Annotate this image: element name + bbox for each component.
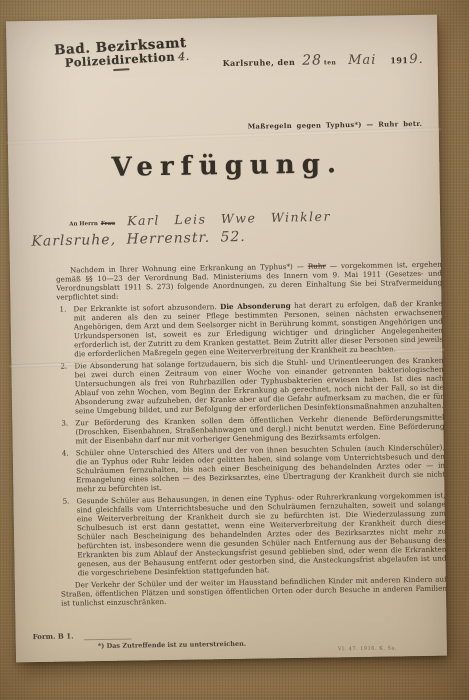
addressee-line: An Herrn Frau Karl Leis Wwe Winkler — [69, 209, 331, 228]
addressee-address-handwritten: Karlsruhe, Herrenstr. 52. — [31, 229, 246, 250]
fold-crease-upper — [6, 127, 441, 145]
dateline: Karlsruhe, den 28 ten Mai 191 9. — [223, 51, 424, 70]
list-item-5-text: Gesunde Schüler aus Behausungen, in dene… — [76, 491, 446, 578]
footnote-text: *) Das Zutreffende ist zu unterstreichen… — [98, 640, 246, 650]
dateline-day-handwritten: 28 — [302, 52, 322, 68]
dateline-year-printed: 191 — [390, 55, 408, 65]
list-item-4: 4. Schüler ohne Unterschied des Alters u… — [59, 443, 446, 494]
addressee-printed-to: An Herrn — [69, 221, 98, 227]
dateline-year-handwritten: 9. — [409, 52, 424, 67]
intro-struck-word: Ruhr — [308, 261, 326, 270]
stamp-handwritten-mark: 4. — [178, 50, 190, 64]
closing-paragraph: Der Verkehr der Schüler und der weiter i… — [61, 575, 447, 608]
subject-line: Maßregeln gegen Typhus*) — Ruhr betr. — [248, 120, 423, 131]
list-item-3-text: Zur Beförderung des Kranken sollen dem ö… — [75, 413, 444, 446]
list-item-1: 1. Der Erkrankte ist sofort abzusondern.… — [56, 299, 443, 359]
list-item-3: 3. Zur Beförderung des Kranken sollen de… — [58, 413, 444, 446]
list-item-1-number: 1. — [59, 305, 66, 314]
list-item-5: 5. Gesunde Schüler aus Behausungen, in d… — [59, 491, 446, 578]
sender-stamp: Bad. Bezirksamt Polizeidirektion4. — [54, 36, 190, 74]
form-number: Form. B 1. — [33, 631, 74, 641]
list-item-4-number: 4. — [62, 448, 69, 457]
list-item-3-number: 3. — [61, 418, 68, 427]
stamp-underline-dash — [113, 68, 129, 71]
photograph-of-document: Bad. Bezirksamt Polizeidirektion4. Karls… — [0, 0, 469, 700]
list-item-5-number: 5. — [62, 496, 69, 505]
dateline-place: Karlsruhe, den — [223, 57, 296, 68]
list-item-2-number: 2. — [60, 362, 67, 371]
dateline-month-handwritten: Mai — [348, 53, 376, 68]
document-title: Verfügung. — [8, 148, 439, 185]
addressee-name-handwritten: Karl Leis Wwe Winkler — [127, 209, 331, 229]
body-text: Nachdem in Ihrer Wohnung eine Erkrankung… — [56, 260, 447, 608]
footnote-separator-rule — [84, 639, 132, 641]
list-item-2: 2. Die Absonderung hat solange fortzudau… — [57, 356, 444, 416]
document-paper: Bad. Bezirksamt Polizeidirektion4. Karls… — [6, 15, 447, 663]
list-item-2-text: Die Absonderung hat solange fortzudauern… — [74, 356, 444, 416]
intro-paragraph: Nachdem in Ihrer Wohnung eine Erkrankung… — [56, 260, 443, 302]
addressee-printed-frau-struck: Frau — [101, 221, 115, 227]
printer-code: VI. 47. 1916. K. Sa. — [338, 645, 397, 652]
list-item-4-text: Schüler ohne Unterschied des Alters und … — [76, 443, 446, 494]
dateline-day-suffix: ten — [324, 59, 336, 66]
